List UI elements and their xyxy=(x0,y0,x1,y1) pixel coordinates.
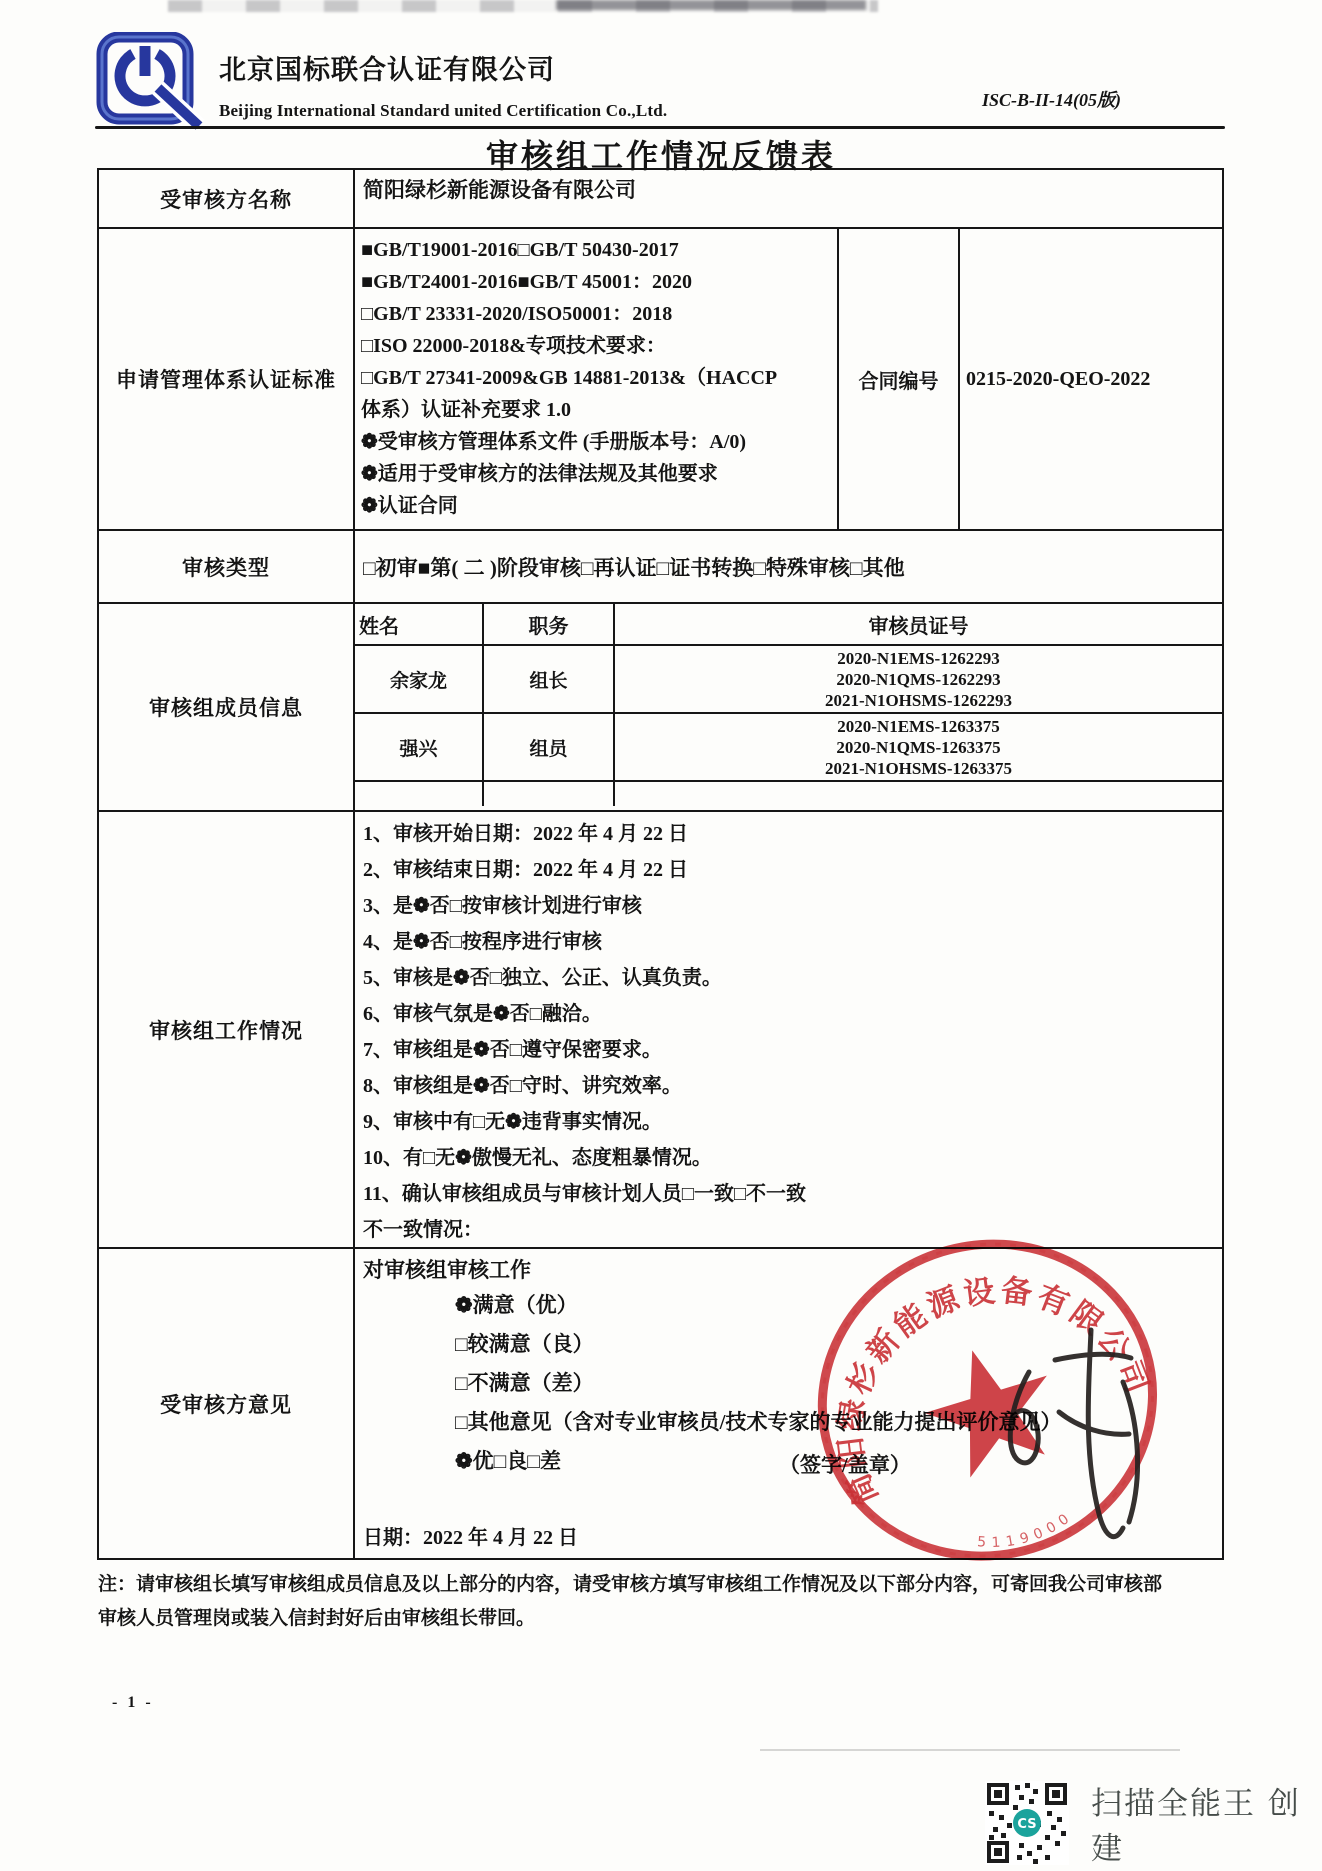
cert-number: 2021-N1OHSMS-1263375 xyxy=(825,758,1012,779)
team-header-role: 职务 xyxy=(482,604,613,644)
document-header: 北京国标联合认证有限公司 Beijing International Stand… xyxy=(95,32,667,130)
standards-line: ❁适用于受审核方的法律法规及其他要求 xyxy=(361,458,831,490)
work-item: 3、是❁否□按审核计划进行审核 xyxy=(363,888,1222,924)
team-member-certs: 2020-N1EMS-1262293 2020-N1QMS-1262293 20… xyxy=(613,646,1222,712)
team-table-header: 姓名 职务 审核员证号 xyxy=(355,604,1222,644)
audit-type-value: □初审■第( 二 )阶段审核□再认证□证书转换□特殊审核□其他 xyxy=(353,531,1222,602)
team-member-role: 组员 xyxy=(482,714,613,780)
work-item: 6、审核气氛是❁否□融洽。 xyxy=(363,996,1222,1032)
audit-type-row: 审核类型 □初审■第( 二 )阶段审核□再认证□证书转换□特殊审核□其他 xyxy=(99,529,1222,602)
standards-list: ■GB/T19001-2016□GB/T 50430-2017 ■GB/T240… xyxy=(353,229,837,529)
work-item: 10、有□无❁傲慢无礼、态度粗暴情况。 xyxy=(363,1140,1222,1176)
cert-number: 2020-N1EMS-1262293 xyxy=(837,648,999,669)
work-item: 9、审核中有□无❁违背事实情况。 xyxy=(363,1104,1222,1140)
standards-line: □ISO 22000-2018&专项技术要求： xyxy=(361,330,831,362)
standards-line: 体系）认证补充要求 1.0 xyxy=(361,394,831,426)
header-divider xyxy=(95,126,1225,129)
auditee-row: 受审核方名称 简阳绿杉新能源设备有限公司 xyxy=(99,170,1222,227)
auditee-opinion-label: 受审核方意见 xyxy=(99,1249,353,1558)
work-situation-label: 审核组工作情况 xyxy=(99,812,353,1247)
company-name-cn: 北京国标联合认证有限公司 xyxy=(219,48,667,87)
standards-line: □GB/T 27341-2009&GB 14881-2013&（HACCP xyxy=(361,362,831,394)
team-member-row: 余家龙 组长 2020-N1EMS-1262293 2020-N1QMS-126… xyxy=(355,644,1222,712)
standards-line: □GB/T 23331-2020/ISO50001：2018 xyxy=(361,298,831,330)
standards-label: 申请管理体系认证标准 xyxy=(99,229,353,529)
contract-number-label: 合同编号 xyxy=(837,229,958,529)
standards-line: ■GB/T19001-2016□GB/T 50430-2017 xyxy=(361,234,831,266)
team-info-label: 审核组成员信息 xyxy=(99,604,353,810)
scan-fold-line xyxy=(760,1749,1180,1751)
work-item: 8、审核组是❁否□守时、讲究效率。 xyxy=(363,1068,1222,1104)
cert-number: 2020-N1QMS-1262293 xyxy=(836,669,1000,690)
qr-code-icon: CS xyxy=(985,1781,1069,1865)
work-situation-row: 审核组工作情况 1、审核开始日期：2022 年 4 月 22 日 2、审核结束日… xyxy=(99,810,1222,1247)
team-member-name: 强兴 xyxy=(355,714,482,780)
isc-certification-logo-icon xyxy=(95,32,205,130)
team-header-cert: 审核员证号 xyxy=(613,604,1222,644)
cert-number: 2020-N1EMS-1263375 xyxy=(837,716,999,737)
team-member-empty-row xyxy=(355,780,1222,806)
standards-line: ■GB/T24001-2016■GB/T 45001：2020 xyxy=(361,266,831,298)
scan-bleed-artifact-dark xyxy=(556,0,866,10)
camscanner-logo-text: CS xyxy=(1017,1817,1036,1832)
standards-line: ❁认证合同 xyxy=(361,490,831,522)
cert-number: 2020-N1QMS-1263375 xyxy=(836,737,1000,758)
page-number: - 1 - xyxy=(112,1694,154,1712)
work-item: 2、审核结束日期：2022 年 4 月 22 日 xyxy=(363,852,1222,888)
auditee-name-value: 简阳绿杉新能源设备有限公司 xyxy=(353,170,1222,227)
company-names: 北京国标联合认证有限公司 Beijing International Stand… xyxy=(219,32,667,121)
scanned-document-page: 北京国标联合认证有限公司 Beijing International Stand… xyxy=(0,0,1322,1871)
team-member-row: 强兴 组员 2020-N1EMS-1263375 2020-N1QMS-1263… xyxy=(355,712,1222,780)
work-situation-list: 1、审核开始日期：2022 年 4 月 22 日 2、审核结束日期：2022 年… xyxy=(353,812,1222,1247)
work-item: 4、是❁否□按程序进行审核 xyxy=(363,924,1222,960)
opinion-date: 日期：2022 年 4 月 22 日 xyxy=(363,1521,578,1550)
scanner-credit-footer: CS 扫描全能王 创建 xyxy=(985,1778,1322,1868)
team-member-role: 组长 xyxy=(482,646,613,712)
work-item: 11、确认审核组成员与审核计划人员□一致□不一致 xyxy=(363,1176,1222,1212)
team-header-name: 姓名 xyxy=(355,604,482,644)
team-member-name: 余家龙 xyxy=(355,646,482,712)
team-member-certs: 2020-N1EMS-1263375 2020-N1QMS-1263375 20… xyxy=(613,714,1222,780)
company-name-en: Beijing International Standard united Ce… xyxy=(219,101,667,121)
document-code: ISC-B-II-14(05版) xyxy=(982,86,1121,112)
auditee-name-label: 受审核方名称 xyxy=(99,170,353,227)
stamp-star xyxy=(911,1332,1069,1485)
standards-line: ❁受审核方管理体系文件 (手册版本号：A/0) xyxy=(361,426,831,458)
work-item: 5、审核是❁否□独立、公正、认真负责。 xyxy=(363,960,1222,996)
work-item: 1、审核开始日期：2022 年 4 月 22 日 xyxy=(363,816,1222,852)
contract-number-value: 0215-2020-QEO-2022 xyxy=(958,229,1222,529)
work-item: 7、审核组是❁否□遵守保密要求。 xyxy=(363,1032,1222,1068)
footnote-line-2: 审核人员管理岗或装入信封封好后由审核组长带回。 xyxy=(98,1602,1226,1636)
company-stamp: 简阳绿杉新能源设备有限公司 5119000 xyxy=(793,1222,1213,1602)
cert-number: 2021-N1OHSMS-1262293 xyxy=(825,690,1012,711)
team-info-row: 审核组成员信息 姓名 职务 审核员证号 余家龙 组长 2020-N1EMS-12… xyxy=(99,602,1222,810)
team-members-table: 姓名 职务 审核员证号 余家龙 组长 2020-N1EMS-1262293 20… xyxy=(353,604,1222,810)
standards-row: 申请管理体系认证标准 ■GB/T19001-2016□GB/T 50430-20… xyxy=(99,227,1222,529)
audit-type-label: 审核类型 xyxy=(99,531,353,602)
scanner-credit-text: 扫描全能王 创建 xyxy=(1091,1778,1322,1868)
